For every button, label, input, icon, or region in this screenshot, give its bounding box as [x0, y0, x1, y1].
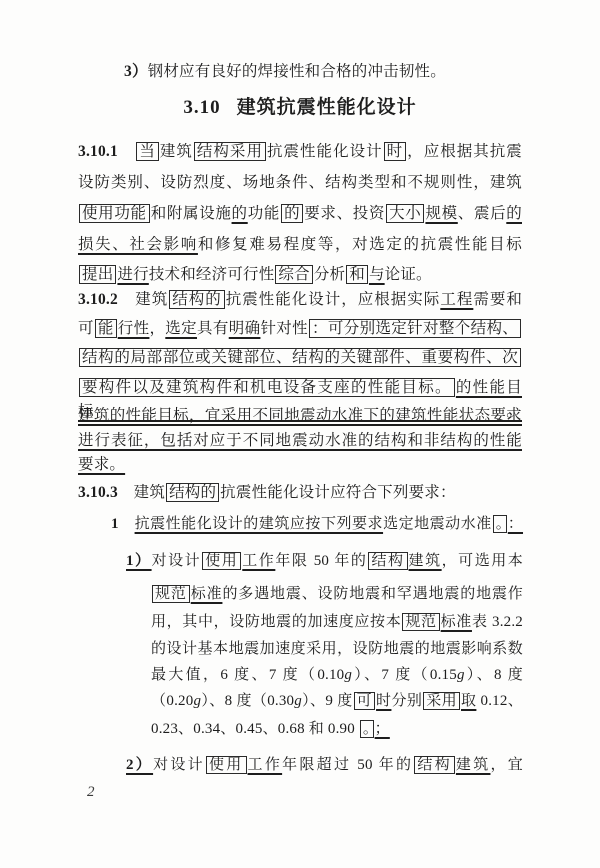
clause-3-10-2-line-7: 要求。: [78, 453, 522, 477]
inserted-text: 时: [376, 693, 391, 709]
text-run: 年限超过 50 年的: [282, 757, 413, 773]
clause-3-10-1-line-1: 3.10.1 当建筑结构采用抗震性能化设计时，应根据其抗震: [78, 140, 522, 164]
text-run: 技术和经济可行性: [149, 266, 275, 283]
text-run: 功能: [248, 205, 280, 222]
inserted-text: 的: [232, 205, 248, 222]
clause-3-10-2-line-6: 进行表征，包括对应于不同地震动水准的结构和非结构的性能: [78, 429, 522, 453]
inserted-text: 要求。: [78, 456, 125, 473]
text-run: [119, 516, 135, 532]
deleted-text-box: 使用功能: [79, 204, 150, 223]
italic-symbol: g: [294, 693, 302, 709]
text-run: 0.23、0.34、0.45、0.68 和 0.90: [151, 721, 359, 737]
clause-3-10-1-line-2: 设防类别、设防烈度、场地条件、结构类型和不规则性，建筑: [78, 171, 522, 195]
inserted-text: 进行表征，包括对应于不同地震动水准的结构和非结构的性能: [78, 432, 522, 449]
deleted-text-box: 。: [360, 720, 374, 738]
clause-number: 3.10.1: [78, 143, 118, 160]
italic-symbol: g: [344, 667, 352, 683]
deleted-text-box: 规范: [152, 585, 190, 603]
text-run: 对设计: [152, 553, 202, 569]
text-run: [118, 143, 135, 160]
text-run: 建筑: [160, 143, 193, 160]
text-run: 年限 50 年的: [275, 553, 367, 569]
text-run: （0.20: [151, 693, 193, 709]
subitem-1-line-7: 0.23、0.34、0.45、0.68 和 0.90 。；: [151, 717, 523, 741]
text-run: ）、9 度: [302, 693, 353, 709]
text-run: 建筑: [134, 484, 165, 501]
document-page: 3）钢材应有良好的焊接性和合格的冲击韧性。 3.10建筑抗震性能化设计 3.10…: [0, 0, 600, 868]
text-run: 对设计: [153, 757, 205, 773]
inserted-text: 工作: [248, 757, 283, 773]
text-run: 针对性: [260, 320, 308, 337]
text-run: ）、8 度: [465, 667, 523, 683]
inserted-text: 行性: [118, 320, 150, 337]
clause-3-10-3-line-1: 3.10.3 建筑结构的抗震性能化设计应符合下列要求：: [78, 481, 522, 505]
intro-list-item: 3）钢材应有良好的焊接性和合格的冲击韧性。: [124, 60, 446, 84]
inserted-text: 取: [461, 693, 476, 709]
list-number-inserted: 2）: [126, 757, 153, 773]
deleted-text-box: 规范: [402, 613, 439, 631]
clause-number: 3）: [124, 63, 148, 80]
inserted-text: 损失、社会影响: [78, 236, 198, 253]
deleted-text-box: 结构采用: [194, 142, 266, 161]
deleted-text-box: ：可分别选定针对整个结构、: [309, 319, 521, 338]
list-number-inserted: 1）: [126, 553, 152, 569]
inserted-text: 建筑: [456, 757, 491, 773]
text-run: 需要和: [473, 291, 522, 308]
inserted-text: ：: [508, 516, 523, 532]
text-run: 、震后: [458, 205, 507, 222]
numbered-item-1: 1 抗震性能化设计的建筑应按下列要求选定地震动水准。：: [111, 512, 523, 536]
clause-3-10-1-line-5: 提出进行技术和经济可行性综合分析和与论证。: [78, 263, 522, 287]
text-run: ，: [149, 320, 165, 337]
text-run: 设防类别、设防烈度、场地条件、结构类型和不规则性，建筑: [78, 174, 522, 191]
deleted-text-box: 要构件以及建筑构件和机电设备支座的性能目标。: [79, 378, 455, 397]
text-run: 分别: [391, 693, 422, 709]
subitem-1-line-2: 规范标准的多遇地震、设防地震和罕遇地震的地震作: [151, 582, 523, 606]
deleted-text-box: 的: [281, 204, 303, 223]
text-run: ）、7 度（0.15: [352, 667, 457, 683]
italic-symbol: g: [193, 693, 201, 709]
text-run: ，应根据其抗震: [407, 143, 522, 160]
text-run: 抗震性能化设计应符合下列要求：: [220, 484, 456, 501]
deleted-text-box: 可: [354, 692, 375, 710]
text-run: 的设计基本地震加速度采用，设防地震的地震影响系数: [151, 641, 523, 657]
text-run: 抗震性能化设计: [267, 143, 383, 160]
inserted-text: ；: [375, 721, 390, 737]
inserted-text: 建筑的性能目标，宜采用不同地震动水准下的建筑性能状态要求: [78, 407, 522, 424]
text-run: 分析: [314, 266, 345, 283]
subitem-1-line-3: 用，其中，设防地震的加速度应按本规范标准表 3.2.2: [151, 610, 523, 634]
subitem-1-line-5: 最大值，6 度、7 度（0.10g）、7 度（0.15g）、8 度: [151, 663, 523, 687]
clause-number: 1: [111, 516, 119, 532]
deleted-text-box: 采用: [423, 692, 460, 710]
inserted-text: 抗震性能化设计的建筑应按下列要求: [135, 516, 383, 532]
clause-3-10-2-line-5: 建筑的性能目标，宜采用不同地震动水准下的建筑性能状态要求: [78, 404, 522, 428]
clause-3-10-2-line-3: 结构的局部部位或关键部位、结构的关键部件、重要构件、次: [78, 346, 522, 370]
inserted-text: 的: [506, 205, 522, 222]
deleted-text-box: 当: [136, 142, 159, 161]
deleted-text-box: 和: [346, 265, 368, 284]
deleted-text-box: 使用: [206, 756, 247, 774]
inserted-text: 选定: [165, 320, 197, 337]
text-run: 表 3.2.2: [472, 614, 523, 630]
deleted-text-box: 综合: [275, 265, 312, 284]
text-run: 选定地震动水准: [383, 516, 492, 532]
text-run: 最大值，6 度、7 度（0.10: [151, 667, 344, 683]
subitem-1-line-4: 的设计基本地震加速度采用，设防地震的地震影响系数: [151, 637, 523, 661]
deleted-text-box: 提出: [79, 265, 116, 284]
clause-3-10-1-line-3: 使用功能和附属设施的功能的要求、投资大小规模、震后的: [78, 202, 522, 226]
deleted-text-box: 能: [95, 319, 117, 338]
text-run: 的多遇地震、设防地震和罕遇地震的地震作: [222, 586, 523, 602]
text-run: 和附属设施: [151, 205, 232, 222]
deleted-text-box: 结构的局部部位或关键部位、结构的关键部件、重要构件、次: [79, 348, 521, 367]
inserted-text: 明确: [229, 320, 261, 337]
inserted-text: 与: [369, 266, 385, 283]
clause-number: 3.10.3: [78, 484, 118, 501]
inserted-text: 进行: [117, 266, 148, 283]
text-run: [118, 484, 134, 501]
section-number: 3.10: [183, 97, 220, 118]
inserted-text: 标准: [441, 614, 472, 630]
text-run: 钢材应有良好的焊接性和合格的冲击韧性。: [148, 63, 446, 80]
inserted-text: 标准: [191, 586, 223, 602]
clause-3-10-1-line-4: 损失、社会影响和修复难易程度等，对选定的抗震性能目标: [78, 233, 522, 257]
inserted-text: 工程: [440, 291, 473, 308]
text-run: 具有: [197, 320, 229, 337]
deleted-text-box: 使用: [202, 552, 241, 570]
deleted-text-box: 时: [384, 142, 407, 161]
inserted-text: 工作: [242, 553, 275, 569]
subitem-1-line-6: （0.20g）、8 度（0.30g）、9 度可时分别采用取 0.12、: [151, 689, 523, 713]
text-run: 论证。: [385, 266, 432, 283]
text-run: 可: [78, 320, 94, 337]
deleted-text-box: 。: [493, 515, 507, 533]
clause-number: 3.10.2: [78, 291, 118, 308]
inserted-text: 建筑: [409, 553, 442, 569]
italic-symbol: g: [457, 667, 465, 683]
deleted-text-box: 结构: [368, 552, 407, 570]
text-run: [118, 291, 135, 308]
text-run: 和修复难易程度等，对选定的抗震性能目标: [198, 236, 522, 253]
text-run: 用，其中，设防地震的加速度应按本: [151, 614, 401, 630]
text-run: 建筑: [135, 291, 168, 308]
text-run: 抗震性能化设计，应根据实际: [226, 291, 441, 308]
text-run: ）、8 度（0.30: [201, 693, 294, 709]
section-title: 建筑抗震性能化设计: [237, 97, 417, 118]
deleted-text-box: 结构的: [169, 290, 225, 309]
text-run: 0.12、: [476, 693, 523, 709]
text-run: ，可选用本: [442, 553, 523, 569]
clause-3-10-2-line-2: 可能行性，选定具有明确针对性：可分别选定针对整个结构、: [78, 317, 522, 341]
subitem-1-line-1: 1）对设计使用工作年限 50 年的结构建筑，可选用本: [126, 549, 523, 573]
page-number: 2: [87, 784, 95, 801]
deleted-text-box: 结构的: [166, 483, 219, 502]
text-run: 要求、投资: [304, 205, 385, 222]
deleted-text-box: 结构: [414, 756, 455, 774]
inserted-text: 规模: [425, 205, 457, 222]
text-run: ，宜: [490, 757, 523, 773]
subitem-2-line-1: 2）对设计使用工作年限超过 50 年的结构建筑，宜: [126, 753, 523, 777]
section-heading: 3.10建筑抗震性能化设计: [0, 96, 600, 120]
clause-3-10-2-line-1: 3.10.2 建筑结构的抗震性能化设计，应根据实际工程需要和: [78, 288, 522, 312]
deleted-text-box: 大小: [386, 204, 424, 223]
